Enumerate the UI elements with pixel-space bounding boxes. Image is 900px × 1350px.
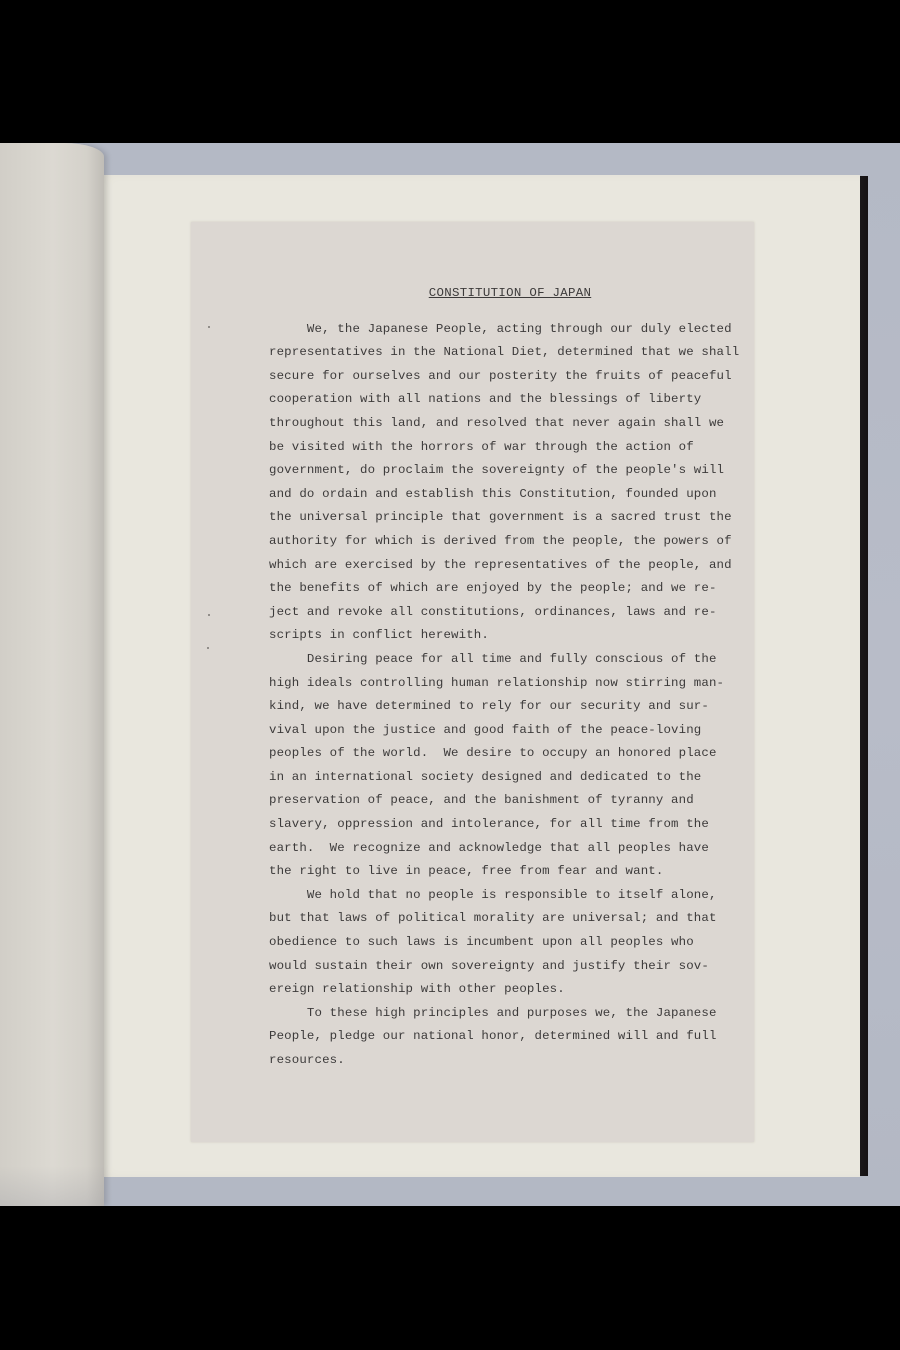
text-line: ject and revoke all constitutions, ordin…	[269, 601, 739, 625]
margin-mark	[207, 647, 209, 649]
left-page-curl	[0, 143, 104, 1206]
text-line: but that laws of political morality are …	[269, 907, 739, 931]
document-body: CONSTITUTION OF JAPAN We, the Japanese P…	[269, 282, 739, 1073]
text-line: preservation of peace, and the banishmen…	[269, 789, 739, 813]
paragraph: To these high principles and purposes we…	[269, 1002, 739, 1073]
paragraph: We, the Japanese People, acting through …	[269, 318, 739, 648]
text-line: We hold that no people is responsible to…	[269, 884, 739, 908]
text-line: representatives in the National Diet, de…	[269, 341, 739, 365]
text-line: slavery, oppression and intolerance, for…	[269, 813, 739, 837]
typewritten-sheet: CONSTITUTION OF JAPAN We, the Japanese P…	[191, 222, 754, 1142]
text-line: ereign relationship with other peoples.	[269, 978, 739, 1002]
text-line: which are exercised by the representativ…	[269, 554, 739, 578]
text-line: kind, we have determined to rely for our…	[269, 695, 739, 719]
text-line: the universal principle that government …	[269, 506, 739, 530]
margin-mark	[208, 326, 210, 328]
text-line: authority for which is derived from the …	[269, 530, 739, 554]
text-line: cooperation with all nations and the ble…	[269, 388, 739, 412]
text-line: the benefits of which are enjoyed by the…	[269, 577, 739, 601]
text-line: throughout this land, and resolved that …	[269, 412, 739, 436]
text-line: the right to live in peace, free from fe…	[269, 860, 739, 884]
text-line: earth. We recognize and acknowledge that…	[269, 837, 739, 861]
paragraph: We hold that no people is responsible to…	[269, 884, 739, 1002]
preamble-text: We, the Japanese People, acting through …	[269, 318, 739, 1073]
text-line: in an international society designed and…	[269, 766, 739, 790]
text-line: We, the Japanese People, acting through …	[269, 318, 739, 342]
text-line: People, pledge our national honor, deter…	[269, 1025, 739, 1049]
text-line: high ideals controlling human relationsh…	[269, 672, 739, 696]
text-line: scripts in conflict herewith.	[269, 624, 739, 648]
text-line: To these high principles and purposes we…	[269, 1002, 739, 1026]
text-line: secure for ourselves and our posterity t…	[269, 365, 739, 389]
text-line: obedience to such laws is incumbent upon…	[269, 931, 739, 955]
document-title: CONSTITUTION OF JAPAN	[281, 282, 739, 306]
text-line: be visited with the horrors of war throu…	[269, 436, 739, 460]
margin-mark	[208, 614, 210, 616]
text-line: Desiring peace for all time and fully co…	[269, 648, 739, 672]
text-line: resources.	[269, 1049, 739, 1073]
text-line: peoples of the world. We desire to occup…	[269, 742, 739, 766]
text-line: vival upon the justice and good faith of…	[269, 719, 739, 743]
paragraph: Desiring peace for all time and fully co…	[269, 648, 739, 884]
text-line: would sustain their own sovereignty and …	[269, 955, 739, 979]
text-line: and do ordain and establish this Constit…	[269, 483, 739, 507]
text-line: government, do proclaim the sovereignty …	[269, 459, 739, 483]
